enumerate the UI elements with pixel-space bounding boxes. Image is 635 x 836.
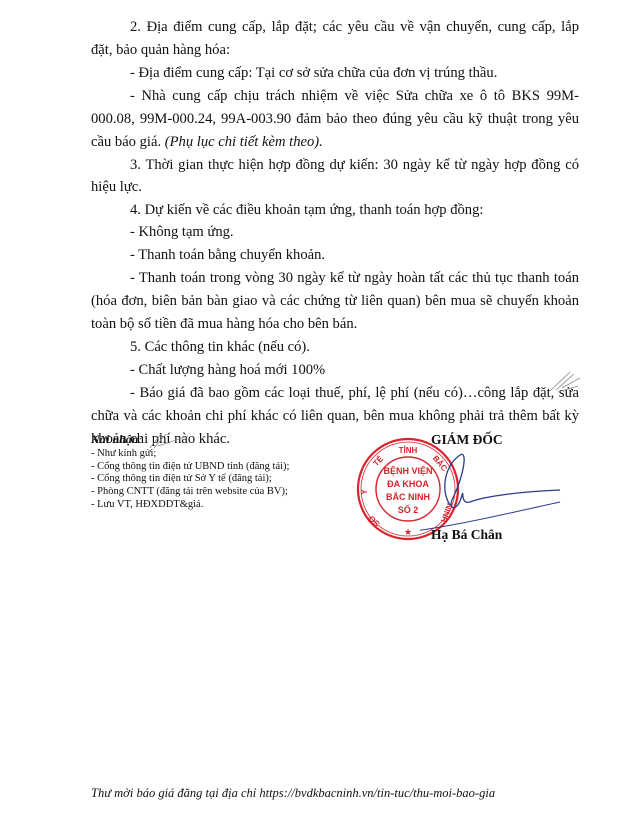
body-line: cầu báo giá. (Phụ lục chi tiết kèm theo)… <box>91 133 323 151</box>
body-line: 4. Dự kiến về các điều khoản tạm ứng, th… <box>130 201 483 219</box>
recipient-item: - Cổng thông tin điện tử Sở Y tế (đăng t… <box>91 473 289 486</box>
svg-text:SỐ 2: SỐ 2 <box>398 504 419 515</box>
recipient-item: - Lưu VT, HĐXDDT&giá. <box>91 499 289 512</box>
body-line: 3. Thời gian thực hiện hợp đồng dự kiến:… <box>130 156 579 174</box>
body-line: - Chất lượng hàng hoá mới 100% <box>130 361 325 379</box>
body-line: 2. Địa điểm cung cấp, lắp đặt; các yêu c… <box>130 18 579 36</box>
body-line: - Không tạm ứng. <box>130 223 234 241</box>
svg-text:TỈNH: TỈNH <box>399 446 418 455</box>
svg-text:Y: Y <box>360 489 369 495</box>
body-line: toàn bộ số tiền đã mua hàng hóa cho bên … <box>91 315 357 333</box>
recipient-item: - Phòng CNTT (đăng tải trên website của … <box>91 486 289 499</box>
body-line: - Thanh toán trong vòng 30 ngày kể từ ng… <box>130 269 579 287</box>
body-line: - Địa điểm cung cấp: Tại cơ sở sửa chữa … <box>130 64 497 82</box>
signer-name: Hạ Bá Chân <box>431 527 502 543</box>
body-line: chữa và các khoản chi phí khác có liên q… <box>91 407 579 425</box>
initials-scribble-icon <box>548 368 583 393</box>
svg-text:★: ★ <box>404 527 412 537</box>
body-line: - Báo giá đã bao gồm các loại thuế, phí,… <box>130 384 579 402</box>
initials-scribble-icon <box>148 430 193 450</box>
body-line: đặt, bảo quản hàng hóa: <box>91 41 230 59</box>
body-line: 5. Các thông tin khác (nếu có). <box>130 338 310 356</box>
body-line: - Nhà cung cấp chịu trách nhiệm về việc … <box>130 87 579 105</box>
body-line: - Thanh toán bằng chuyển khoản. <box>130 246 325 264</box>
body-line: 000.08, 99M-000.24, 99A-003.90 đảm bảo t… <box>91 110 579 128</box>
body-line: (hóa đơn, biên bản bàn giao và các chứng… <box>91 292 579 310</box>
recipient-item: - Cổng thông tin điện tử UBND tỉnh (đăng… <box>91 461 289 474</box>
footer-note: Thư mời báo giá đăng tại địa chỉ https:/… <box>91 786 495 801</box>
body-line: hiệu lực. <box>91 178 142 196</box>
recipients-title-colon: : <box>138 435 142 446</box>
recipients-title: Nơi nhận <box>91 432 138 446</box>
